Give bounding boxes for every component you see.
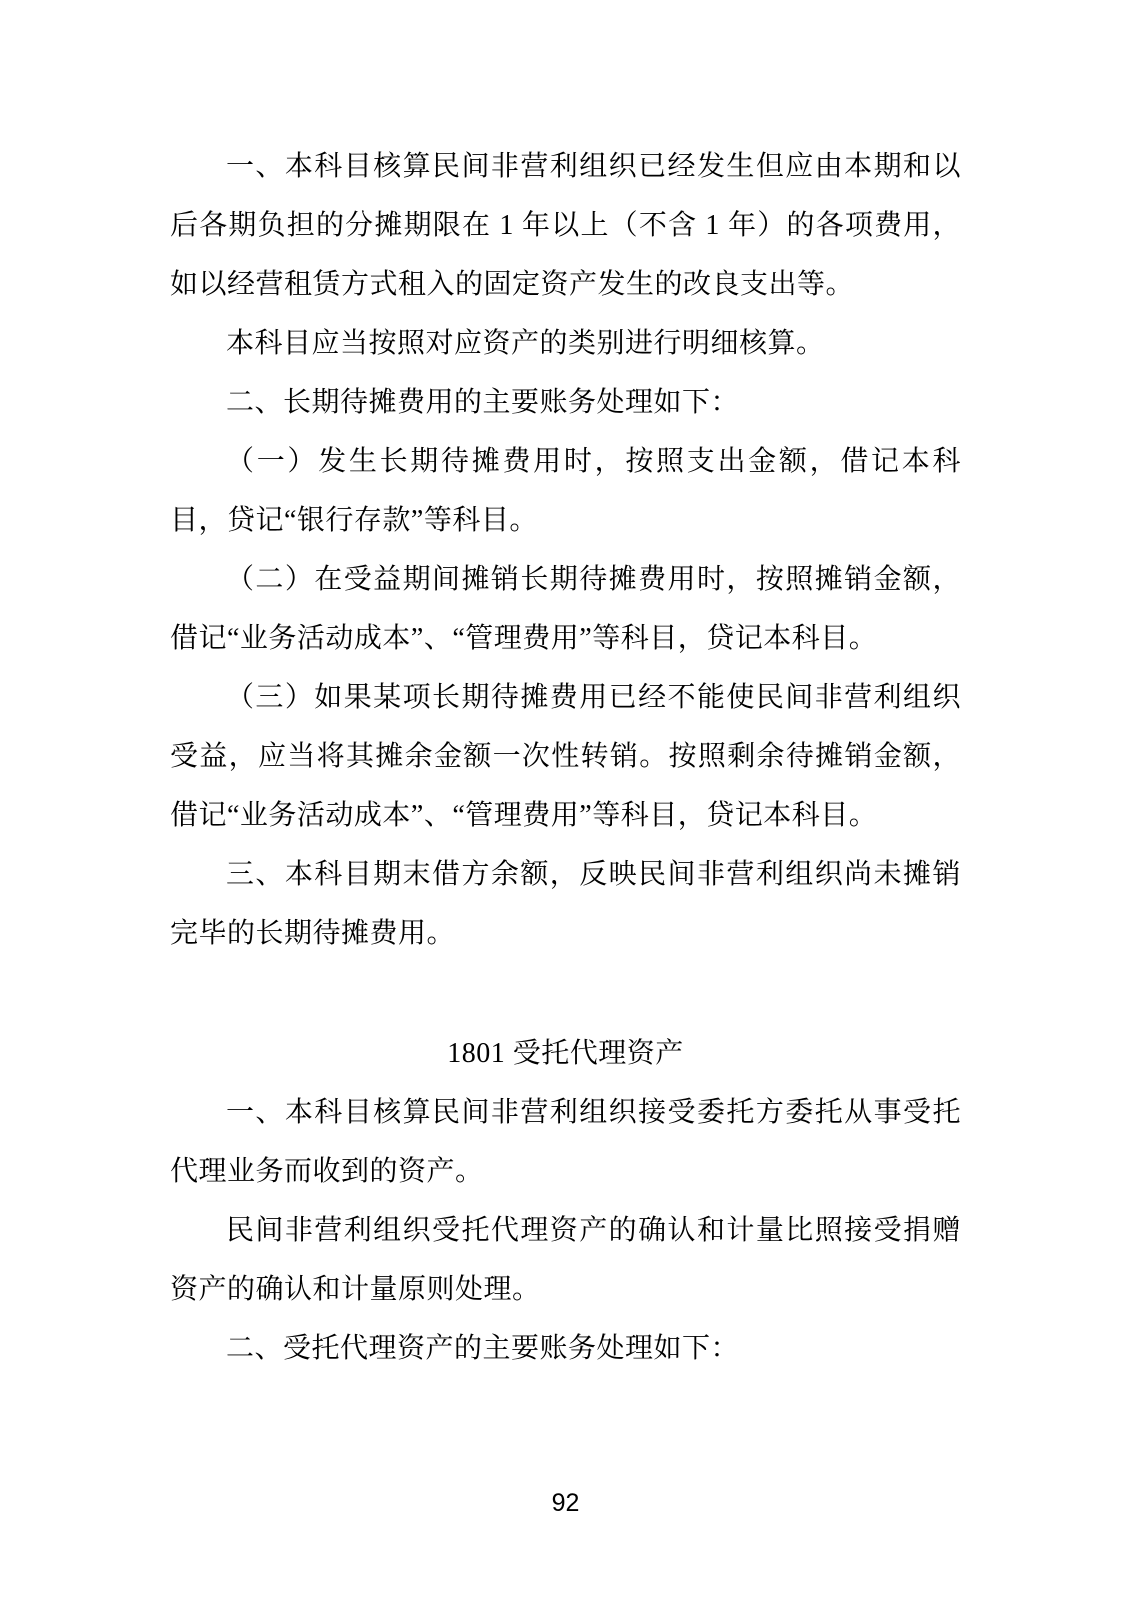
document-page: 一、本科目核算民间非营利组织已经发生但应由本期和以后各期负担的分摊期限在 1 年… bbox=[0, 0, 1131, 1600]
paragraph: 二、长期待摊费用的主要账务处理如下： bbox=[170, 373, 961, 432]
paragraph: 二、受托代理资产的主要账务处理如下： bbox=[170, 1319, 961, 1378]
paragraph: 本科目应当按照对应资产的类别进行明细核算。 bbox=[170, 314, 961, 373]
document-content: 一、本科目核算民间非营利组织已经发生但应由本期和以后各期负担的分摊期限在 1 年… bbox=[170, 137, 961, 1378]
paragraph: （三）如果某项长期待摊费用已经不能使民间非营利组织受益，应当将其摊余金额一次性转… bbox=[170, 668, 961, 845]
paragraph: 三、本科目期末借方余额，反映民间非营利组织尚未摊销完毕的长期待摊费用。 bbox=[170, 845, 961, 963]
section-heading: 1801 受托代理资产 bbox=[170, 1024, 961, 1083]
page-number: 92 bbox=[0, 1489, 1131, 1517]
paragraph: 民间非营利组织受托代理资产的确认和计量比照接受捐赠资产的确认和计量原则处理。 bbox=[170, 1201, 961, 1319]
paragraph: 一、本科目核算民间非营利组织已经发生但应由本期和以后各期负担的分摊期限在 1 年… bbox=[170, 137, 961, 314]
paragraph: （二）在受益期间摊销长期待摊费用时，按照摊销金额，借记“业务活动成本”、“管理费… bbox=[170, 550, 961, 668]
paragraph: （一）发生长期待摊费用时，按照支出金额，借记本科目，贷记“银行存款”等科目。 bbox=[170, 432, 961, 550]
paragraph: 一、本科目核算民间非营利组织接受委托方委托从事受托代理业务而收到的资产。 bbox=[170, 1083, 961, 1201]
